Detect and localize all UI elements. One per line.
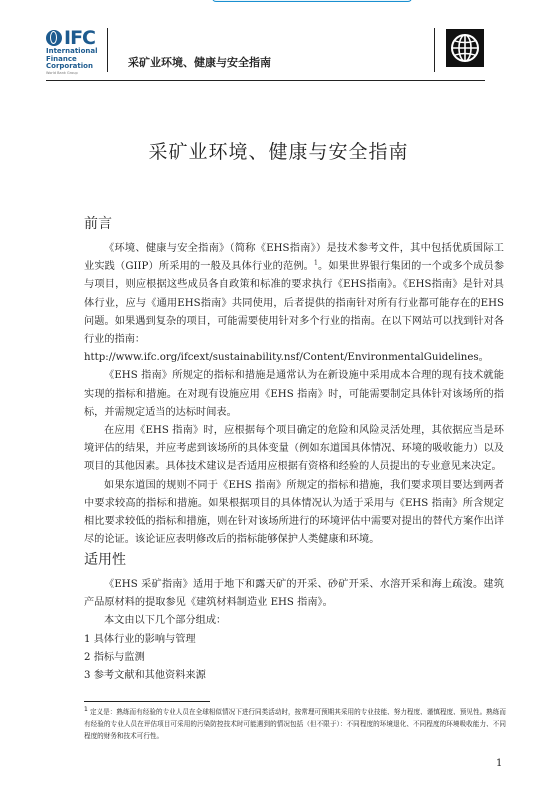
list-item: 1 具体行业的影响与管理 xyxy=(84,631,504,649)
section-heading-applicability: 适用性 xyxy=(84,549,126,569)
preface-paragraph-2: 《EHS 指南》所规定的指标和措施是通常认为在新设施中采用成本合理的现有技术就能… xyxy=(84,367,504,422)
list-item: 3 参考文献和其他资料来源 xyxy=(84,667,504,685)
applicability-paragraph-2: 本文由以下几个部分组成： xyxy=(84,612,504,630)
header-rule xyxy=(46,80,485,81)
world-bank-globe-icon xyxy=(446,29,484,67)
ifc-logo-sub: World Bank Group xyxy=(46,71,96,76)
applicability-body: 《EHS 采矿指南》适用于地下和露天矿的开采、砂矿开采、水溶开采和海上疏浚。建筑… xyxy=(84,576,504,685)
guidelines-link[interactable]: http://www.ifc.org/ifcext/sustainability… xyxy=(84,349,504,367)
header-title: 采矿业环境、健康与安全指南 xyxy=(128,54,271,70)
preface-paragraph-4: 如果东道国的规则不同于《EHS 指南》所规定的指标和措施，我们要求项目要达到两者… xyxy=(84,477,504,550)
ifc-logo-line3: Corporation xyxy=(46,63,96,71)
footnote-text: 定义是：熟练而有经验的专业人员在全球相似情况下进行同类活动时，按常理可预期其采用… xyxy=(84,708,506,740)
header-divider-right xyxy=(434,28,435,72)
ifc-globe-icon xyxy=(46,30,62,46)
list-item: 2 指标与监测 xyxy=(84,649,504,667)
preface-paragraph-3: 在应用《EHS 指南》时，应根据每个项目确定的危险和风险灵活处理，其依据应当是环… xyxy=(84,422,504,477)
document-title: 采矿业环境、健康与安全指南 xyxy=(0,137,557,164)
ifc-logo-mark: IFC xyxy=(64,28,95,48)
page-number: 1 xyxy=(496,758,502,769)
footnote-divider xyxy=(84,701,210,702)
preface-paragraph-1: 《环境、健康与安全指南》（简称《EHS指南》）是技术参考文件，其中包括优质国际工… xyxy=(84,240,504,349)
header-divider-left xyxy=(107,28,108,72)
top-scroll-indicator xyxy=(212,0,412,2)
section-heading-preface: 前言 xyxy=(84,213,112,233)
footnote: 1 定义是：熟练而有经验的专业人员在全球相似情况下进行同类活动时，按常理可预期其… xyxy=(84,706,506,742)
preface-body: 《环境、健康与安全指南》（简称《EHS指南》）是技术参考文件，其中包括优质国际工… xyxy=(84,240,504,549)
applicability-paragraph-1: 《EHS 采矿指南》适用于地下和露天矿的开采、砂矿开采、水溶开采和海上疏浚。建筑… xyxy=(84,576,504,612)
ifc-logo: IFC International Finance Corporation Wo… xyxy=(46,28,96,76)
page-header: IFC International Finance Corporation Wo… xyxy=(46,26,485,81)
footnote-number: 1 xyxy=(84,706,88,713)
